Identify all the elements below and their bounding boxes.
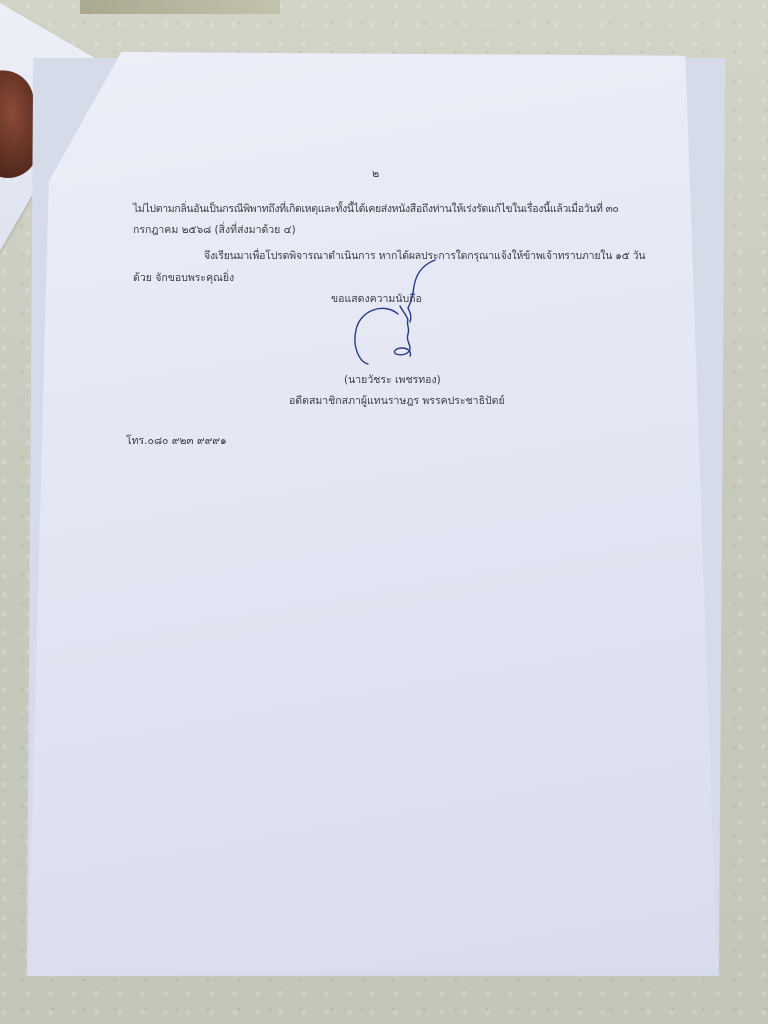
body-paragraph-1-line-1: ไม่ไปตามกลิ่นอันเป็นกรณีพิพาทถึงที่เกิดเ… [133, 204, 618, 215]
document-page [28, 52, 720, 976]
handwritten-signature [340, 256, 450, 368]
phone-number: โทร.๐๘๐ ๙๒๓ ๙๙๙๑ [126, 436, 227, 447]
page-number: ๒ [372, 168, 379, 179]
signer-name: (นายวัชระ เพชรทอง) [344, 375, 441, 386]
body-paragraph-2-line-2: ด้วย จักขอบพระคุณยิ่ง [133, 273, 234, 284]
background-object [80, 0, 280, 14]
body-paragraph-1-line-2: กรกฎาคม ๒๕๖๘ (สิ่งที่ส่งมาด้วย ๔) [133, 225, 296, 236]
signer-position: อดีตสมาชิกสภาผู้แทนราษฎร พรรคประชาธิปัตย… [289, 396, 505, 407]
